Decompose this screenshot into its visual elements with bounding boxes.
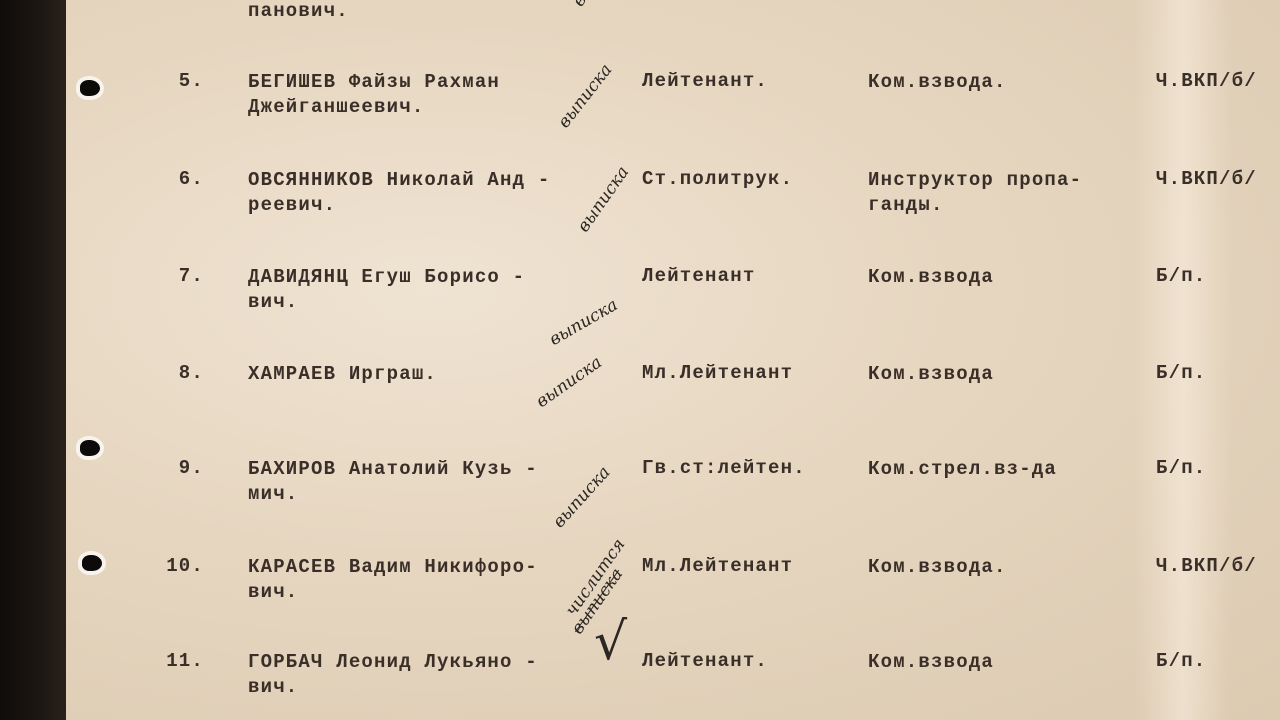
punch-hole	[80, 440, 100, 456]
handwritten-note: вып	[569, 0, 604, 10]
party-status: Б/п.	[1156, 265, 1280, 287]
party-status: Ч.ВКП/б/	[1156, 70, 1280, 92]
military-rank: Ст.политрук.	[642, 168, 872, 190]
person-name: ГОРБАЧ Леонид Лукьяно -вич.	[248, 650, 608, 700]
party-status: Б/п.	[1156, 650, 1280, 672]
position: Ком.стрел.вз-да	[868, 457, 1158, 482]
party-status: Б/п.	[1156, 457, 1280, 479]
person-name: БЕГИШЕВ Файзы РахманДжейганшеевич.	[248, 70, 608, 120]
entry-number: 6.	[154, 168, 204, 190]
entry-number: 11.	[154, 650, 204, 672]
document-page: панович. 5.БЕГИШЕВ Файзы РахманДжейганше…	[66, 0, 1280, 720]
military-rank: Лейтенант	[642, 265, 872, 287]
entry-number: 8.	[154, 362, 204, 384]
person-name: ДАВИДЯНЦ Егуш Борисо -вич.	[248, 265, 608, 315]
punch-hole	[80, 80, 100, 96]
entry-number: 7.	[154, 265, 204, 287]
military-rank: Гв.ст:лейтен.	[642, 457, 872, 479]
punch-hole	[82, 555, 102, 571]
position: Ком.взвода	[868, 265, 1158, 290]
dark-page-edge	[0, 0, 66, 720]
position: Ком.взвода	[868, 650, 1158, 675]
military-rank: Лейтенант.	[642, 650, 872, 672]
party-status: Ч.ВКП/б/	[1156, 555, 1280, 577]
military-rank: Мл.Лейтенант	[642, 555, 872, 577]
check-mark: √	[594, 612, 627, 672]
party-status: Ч.ВКП/б/	[1156, 168, 1280, 190]
entry-number: 10.	[154, 555, 204, 577]
military-rank: Мл.Лейтенант	[642, 362, 872, 384]
entry-number: 9.	[154, 457, 204, 479]
person-name: БАХИРОВ Анатолий Кузь -мич.	[248, 457, 608, 507]
position: Ком.взвода.	[868, 70, 1158, 95]
position: Инструктор пропа-ганды.	[868, 168, 1158, 218]
military-rank: Лейтенант.	[642, 70, 872, 92]
entry-number: 5.	[154, 70, 204, 92]
position: Ком.взвода.	[868, 555, 1158, 580]
person-name: КАРАСЕВ Вадим Никифоро-вич.	[248, 555, 608, 605]
position: Ком.взвода	[868, 362, 1158, 387]
party-status: Б/п.	[1156, 362, 1280, 384]
person-name: ОВСЯННИКОВ Николай Анд -реевич.	[248, 168, 608, 218]
continued-name-line: панович.	[248, 0, 349, 22]
